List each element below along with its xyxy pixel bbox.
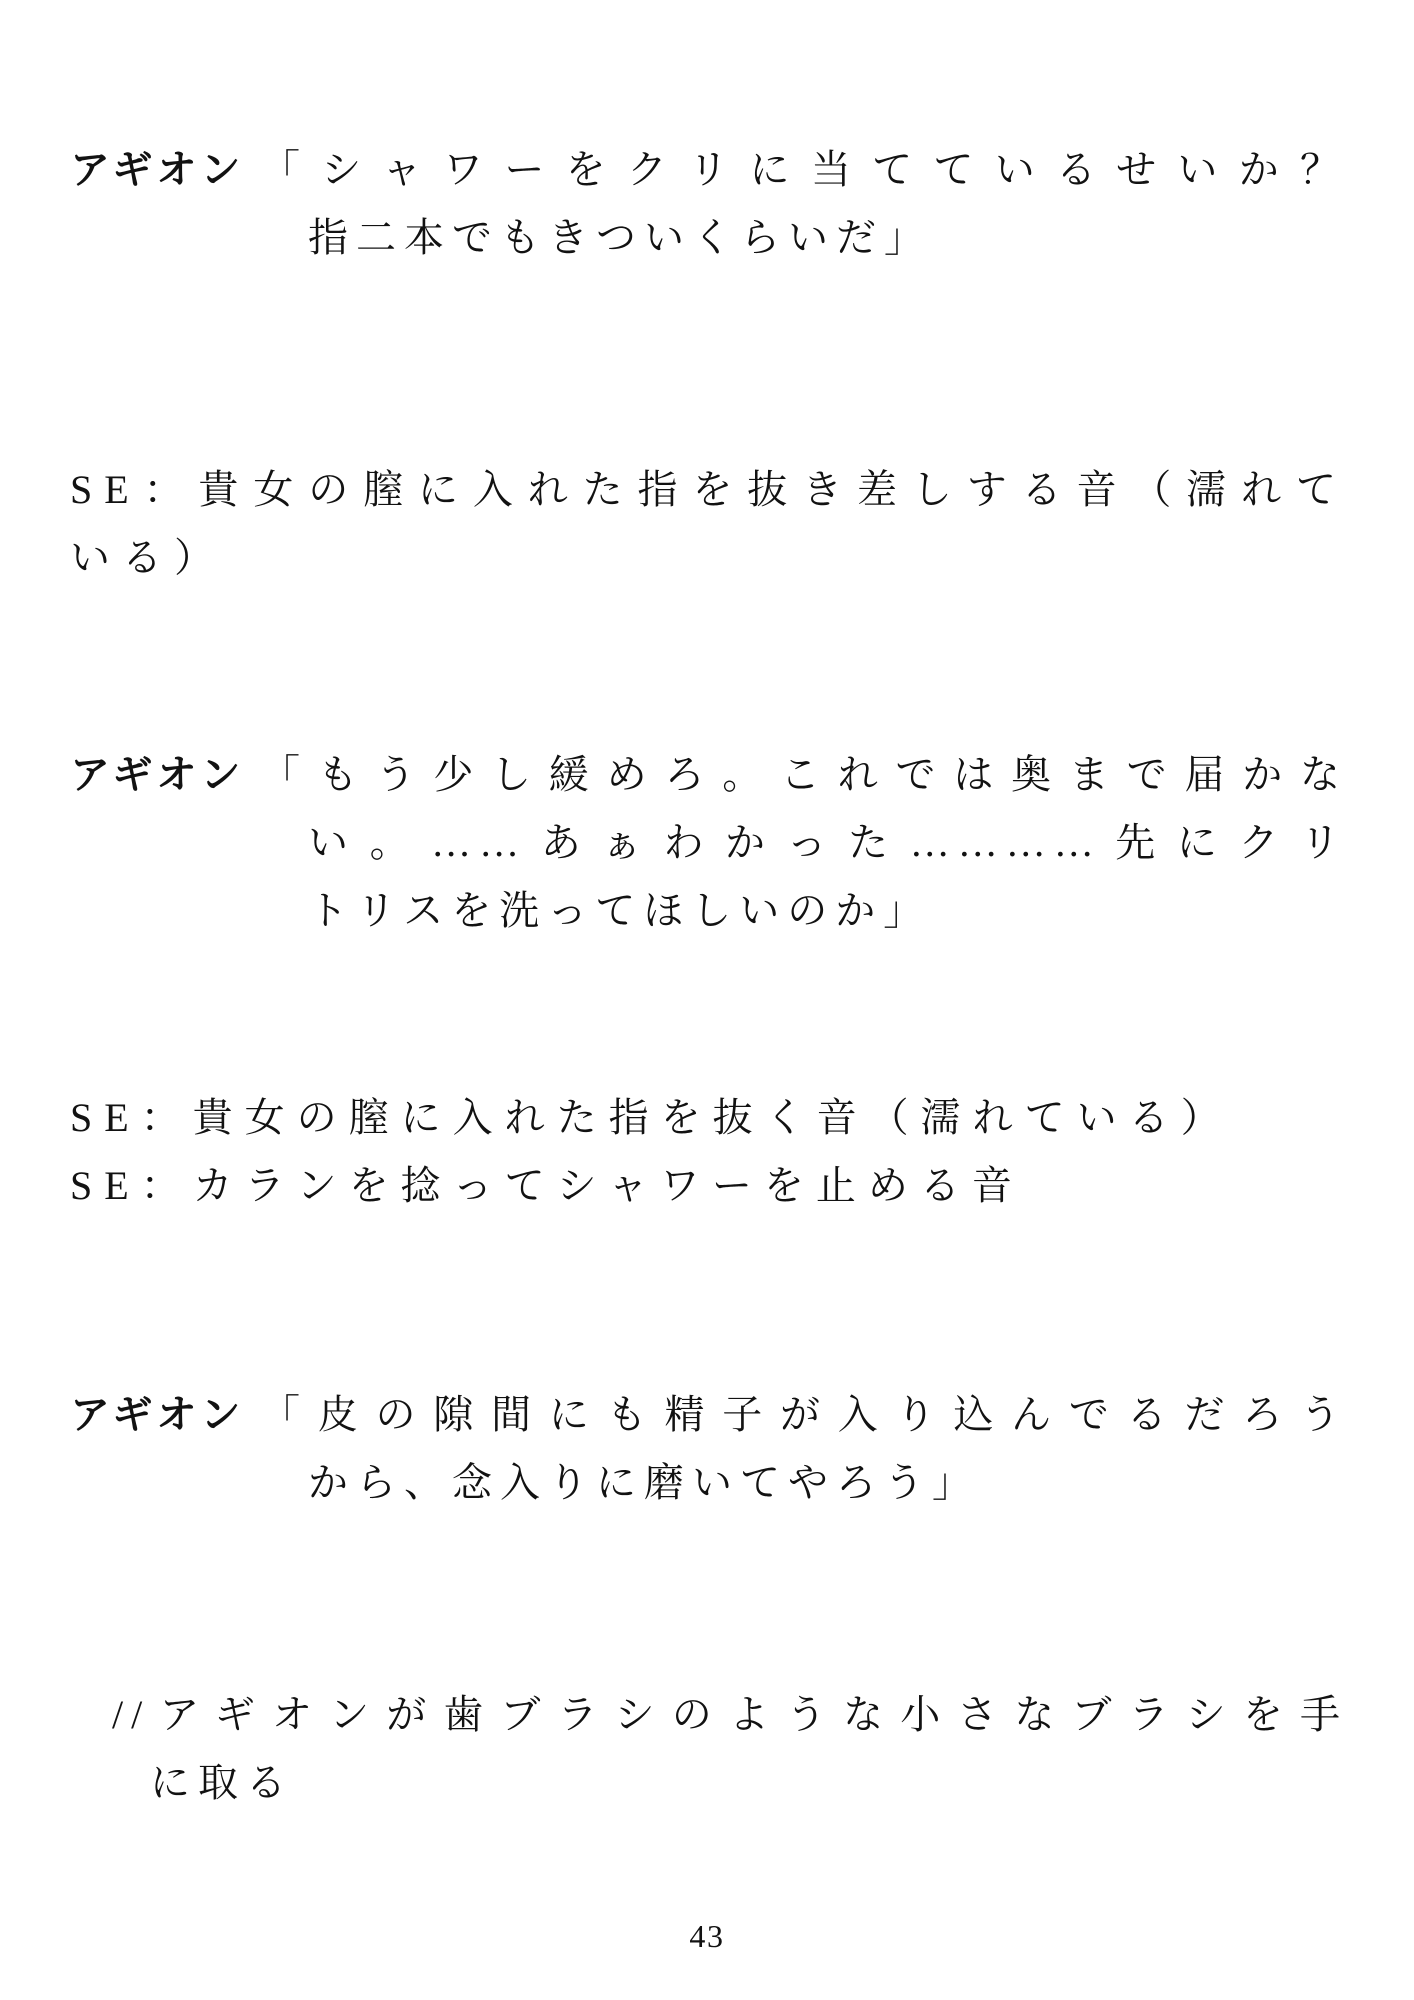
se-line: SE：貴女の膣に入れた指を抜く音（濡れている） [70, 1084, 1348, 1152]
dialogue-line: 「もう少し緩めろ。これでは奥まで届かな [260, 741, 1348, 809]
direction-line: //アギオンが歯ブラシのような小さなブラシを手 [112, 1681, 1348, 1749]
dialogue-first-line: アギオン 「皮の隙間にも精子が入り込んでるだろう [70, 1381, 1348, 1449]
speaker-name: アギオン [70, 1381, 260, 1449]
dialogue-line: い。……あぁわかった…………先にクリ [308, 809, 1348, 877]
se-block-1: SE：貴女の膣に入れた指を抜き差しする音（濡れて いる） [70, 456, 1348, 592]
se-block-2: SE：貴女の膣に入れた指を抜く音（濡れている） SE：カランを捻ってシャワーを止… [70, 1084, 1348, 1220]
se-line: SE：貴女の膣に入れた指を抜き差しする音（濡れて [70, 456, 1348, 524]
script-page: アギオン 「シャワーをクリに当てているせいか？ 指二本でもきついくらいだ」 SE… [0, 0, 1414, 2000]
dialogue-first-line: アギオン 「シャワーをクリに当てているせいか？ [70, 136, 1348, 204]
dialogue-block-3: アギオン 「皮の隙間にも精子が入り込んでるだろう から、念入りに磨いてやろう」 [70, 1381, 1348, 1517]
dialogue-line: トリスを洗ってほしいのか」 [308, 877, 1348, 945]
dialogue-first-line: アギオン 「もう少し緩めろ。これでは奥まで届かな [70, 741, 1348, 809]
stage-direction-block: //アギオンが歯ブラシのような小さなブラシを手 に取る [112, 1681, 1348, 1817]
se-line: いる） [70, 524, 1348, 592]
dialogue-line: から、念入りに磨いてやろう」 [308, 1449, 1348, 1517]
dialogue-line: 「皮の隙間にも精子が入り込んでるだろう [260, 1381, 1348, 1449]
dialogue-block-1: アギオン 「シャワーをクリに当てているせいか？ 指二本でもきついくらいだ」 [70, 136, 1348, 272]
direction-line: に取る [150, 1749, 1348, 1817]
dialogue-line: 「シャワーをクリに当てているせいか？ [260, 136, 1348, 204]
se-line: SE：カランを捻ってシャワーを止める音 [70, 1152, 1348, 1220]
dialogue-block-2: アギオン 「もう少し緩めろ。これでは奥まで届かな い。……あぁわかった…………先… [70, 741, 1348, 945]
speaker-name: アギオン [70, 741, 260, 809]
page-number: 43 [0, 1916, 1414, 1956]
speaker-name: アギオン [70, 136, 260, 204]
dialogue-line: 指二本でもきついくらいだ」 [308, 204, 1348, 272]
